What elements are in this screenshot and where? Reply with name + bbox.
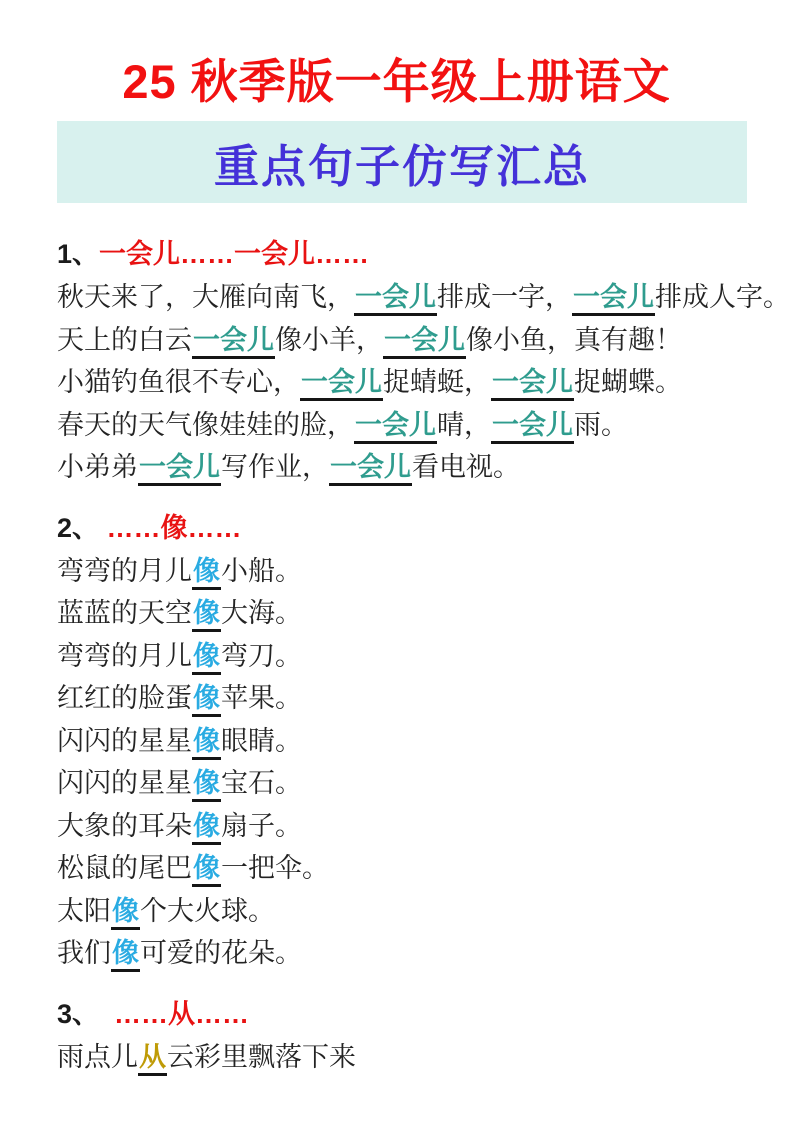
highlighted-word: 像 [192,768,221,802]
sentence-text: 眼睛。 [221,726,302,756]
sentence-text: 弯刀。 [221,641,302,671]
sentence-line: 弯弯的月儿像小船。 [57,550,755,593]
section-heading: 2、 ……像…… [57,507,755,550]
sentence-text: 蓝蓝的天空 [57,598,192,628]
sections: 1、一会儿……一会儿……秋天来了，大雁向南飞，一会儿排成一字，一会儿排成人字。天… [57,233,755,1078]
sentence-line: 秋天来了，大雁向南飞，一会儿排成一字，一会儿排成人字。 [57,276,755,319]
sentence-text: 大象的耳朵 [57,811,192,841]
highlighted-word: 一会儿 [491,410,574,444]
highlighted-word: 像 [192,641,221,675]
subtitle-banner: 重点句子仿写汇总 [57,121,747,203]
sentence-text: 我们 [57,938,111,968]
section: 1、一会儿……一会儿……秋天来了，大雁向南飞，一会儿排成一字，一会儿排成人字。天… [57,233,755,489]
highlighted-word: 一会儿 [383,325,466,359]
highlighted-word: 像 [192,726,221,760]
sentence-text: 弯弯的月儿 [57,641,192,671]
sentence-text: 看电视。 [412,452,520,482]
section: 3、 ……从……雨点儿从云彩里飘落下来 [57,993,755,1079]
sentence-text: 排成人字。 [655,282,790,312]
section-heading-text: 一会儿……一会儿…… [99,239,369,269]
page-subtitle: 重点句子仿写汇总 [214,130,590,195]
section-heading-text: ……像…… [99,513,242,543]
sentence-text: 云彩里飘落下来 [167,1042,356,1072]
sentence-text: 一把伞。 [221,853,329,883]
sentence-text: 太阳 [57,896,111,926]
highlighted-word: 像 [192,811,221,845]
highlighted-word: 像 [192,556,221,590]
section-heading: 1、一会儿……一会儿…… [57,233,755,276]
highlighted-word: 一会儿 [354,282,437,316]
sentence-text: 大海。 [221,598,302,628]
sentence-line: 雨点儿从云彩里飘落下来 [57,1036,755,1079]
sentence-text: 像小鱼，真有趣！ [466,325,682,355]
worksheet-page: 25 秋季版一年级上册语文 重点句子仿写汇总 1、一会儿……一会儿……秋天来了，… [0,0,793,1122]
sentence-line: 大象的耳朵像扇子。 [57,805,755,848]
section-number: 3、 [57,999,99,1029]
highlighted-word: 一会儿 [192,325,275,359]
sentence-text: 扇子。 [221,811,302,841]
section-heading-text: ……从…… [99,999,249,1029]
sentence-text: 排成一字， [437,282,572,312]
sentence-line: 红红的脸蛋像苹果。 [57,677,755,720]
sentence-text: 松鼠的尾巴 [57,853,192,883]
sentence-line: 弯弯的月儿像弯刀。 [57,635,755,678]
sentence-text: 春天的天气像娃娃的脸， [57,410,354,440]
sentence-line: 蓝蓝的天空像大海。 [57,592,755,635]
sentence-line: 小猫钓鱼很不专心，一会儿捉蜻蜓，一会儿捉蝴蝶。 [57,361,755,404]
sentence-text: 小弟弟 [57,452,138,482]
sentence-text: 宝石。 [221,768,302,798]
sentence-line: 松鼠的尾巴像一把伞。 [57,847,755,890]
sentence-text: 弯弯的月儿 [57,556,192,586]
highlighted-word: 一会儿 [491,367,574,401]
highlighted-word: 一会儿 [138,452,221,486]
section: 2、 ……像……弯弯的月儿像小船。蓝蓝的天空像大海。弯弯的月儿像弯刀。红红的脸蛋… [57,507,755,975]
highlighted-word: 像 [111,896,140,930]
sentence-line: 太阳像个大火球。 [57,890,755,933]
sentence-text: 个大火球。 [140,896,275,926]
sentence-text: 写作业， [221,452,329,482]
section-number: 2、 [57,513,99,543]
sentence-text: 天上的白云 [57,325,192,355]
highlighted-word: 像 [111,938,140,972]
highlighted-word: 一会儿 [300,367,383,401]
sentence-text: 闪闪的星星 [57,726,192,756]
section-heading: 3、 ……从…… [57,993,755,1036]
sentence-line: 春天的天气像娃娃的脸，一会儿晴，一会儿雨。 [57,404,755,447]
sentence-line: 闪闪的星星像眼睛。 [57,720,755,763]
sentence-text: 小船。 [221,556,302,586]
highlighted-word: 从 [138,1042,167,1076]
sentence-text: 红红的脸蛋 [57,683,192,713]
page-title: 25 秋季版一年级上册语文 [0,56,793,108]
section-number: 1、 [57,239,99,269]
sentence-line: 天上的白云一会儿像小羊，一会儿像小鱼，真有趣！ [57,319,755,362]
sentence-text: 捉蜻蜓， [383,367,491,397]
sentence-text: 闪闪的星星 [57,768,192,798]
sentence-text: 雨点儿 [57,1042,138,1072]
highlighted-word: 像 [192,683,221,717]
sentence-text: 秋天来了，大雁向南飞， [57,282,354,312]
sentence-text: 苹果。 [221,683,302,713]
highlighted-word: 像 [192,853,221,887]
sentence-line: 小弟弟一会儿写作业，一会儿看电视。 [57,446,755,489]
highlighted-word: 像 [192,598,221,632]
sentence-text: 捉蝴蝶。 [574,367,682,397]
sentence-line: 闪闪的星星像宝石。 [57,762,755,805]
sentence-text: 小猫钓鱼很不专心， [57,367,300,397]
sentence-text: 像小羊， [275,325,383,355]
highlighted-word: 一会儿 [329,452,412,486]
sentence-line: 我们像可爱的花朵。 [57,932,755,975]
highlighted-word: 一会儿 [572,282,655,316]
sentence-text: 晴， [437,410,491,440]
sentence-text: 雨。 [574,410,628,440]
highlighted-word: 一会儿 [354,410,437,444]
sentence-text: 可爱的花朵。 [140,938,302,968]
